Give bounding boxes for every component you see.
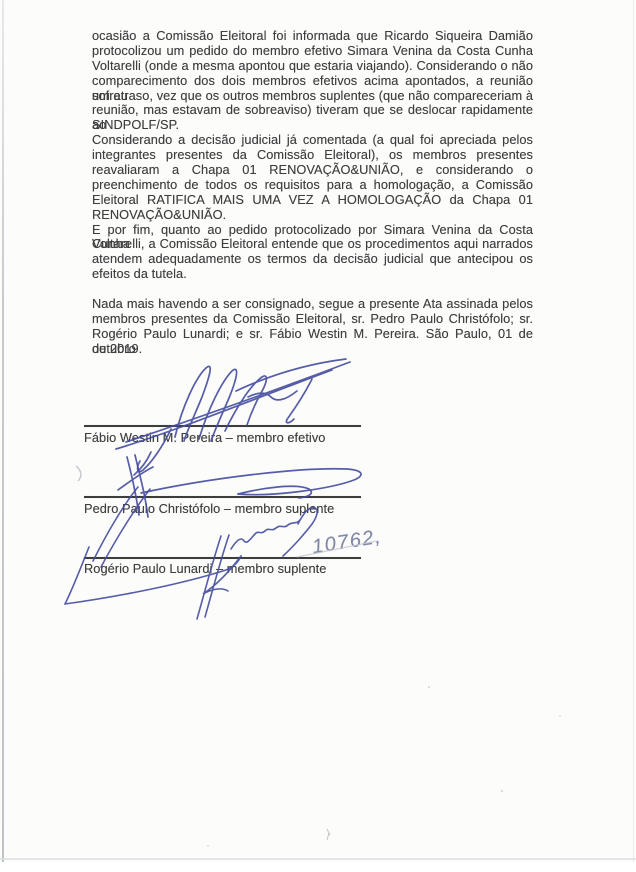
text-line: Considerando a decisão judicial já comen… (92, 133, 533, 148)
body-text: ocasião a Comissão Eleitoral foi informa… (92, 29, 533, 357)
text-line: Rogério Paulo Lunardi; e sr. Fábio Westi… (92, 327, 533, 342)
scan-edge-bottom-white (0, 862, 636, 872)
handwritten-number: 10762, (311, 526, 384, 560)
text-line: reunião, mas estavam de sobreaviso) tive… (92, 103, 533, 118)
paragraph-2: Considerando a decisão judicial já comen… (92, 133, 533, 222)
scan-smudges (76, 466, 561, 847)
text-line: membros presentes da Comissão Eleitoral,… (92, 312, 533, 327)
paragraph-1: ocasião a Comissão Eleitoral foi informa… (92, 29, 533, 133)
signature-caption-fabio: Fábio Westin M. Pereira – membro efetivo (84, 430, 325, 445)
text-line: Voltarelli, a Comissão Eleitoral entende… (92, 237, 533, 252)
signature-line-fabio (84, 425, 361, 427)
scanned-document-page: ocasião a Comissão Eleitoral foi informa… (0, 0, 636, 872)
text-line: Voltarelli (onde a mesma apontou que est… (92, 59, 533, 74)
signature-caption-pedro: Pedro Paulo Christófolo – membro suplent… (84, 501, 334, 516)
text-line: reavaliaram a Chapa 01 RENOVAÇÃO&UNIÃO, … (92, 163, 533, 178)
signature-line-pedro (84, 496, 361, 498)
scan-edge-bottom (0, 858, 636, 860)
paragraph-3: E por fim, quanto ao pedido protocolizad… (92, 223, 533, 283)
paragraph-spacer (92, 282, 533, 297)
text-line: atendem adequadamente os termos da decis… (92, 252, 533, 267)
text-line: efeitos da tutela. (92, 267, 533, 282)
fabio-signature-ink (116, 359, 350, 475)
text-line: ocasião a Comissão Eleitoral foi informa… (92, 29, 533, 44)
text-line: RENOVAÇÃO&UNIÃO. (92, 208, 533, 223)
paragraph-4: Nada mais havendo a ser consignado, segu… (92, 297, 533, 357)
signature-caption-rogerio: Rogério Paulo Lunardi – membro suplente (84, 561, 326, 576)
text-line: preenchimento de todos os requisitos par… (92, 178, 533, 193)
text-line: integrantes presentes da Comissão Eleito… (92, 148, 533, 163)
text-line: Eleitoral RATIFICA MAIS UMA VEZ A HOMOLO… (92, 193, 533, 208)
text-line: um atraso, vez que os outros membros sup… (92, 89, 533, 104)
scan-edge-right (633, 0, 634, 866)
text-line: comparecimento dos dois membros efetivos… (92, 74, 533, 89)
scan-edge-left (2, 0, 4, 866)
text-line: SINDPOLF/SP. (92, 118, 533, 133)
text-line: E por fim, quanto ao pedido protocolizad… (92, 223, 533, 238)
text-line: protocolizou um pedido do membro efetivo… (92, 44, 533, 59)
text-line: Nada mais havendo a ser consignado, segu… (92, 297, 533, 312)
text-line: de 2019. (92, 342, 533, 357)
